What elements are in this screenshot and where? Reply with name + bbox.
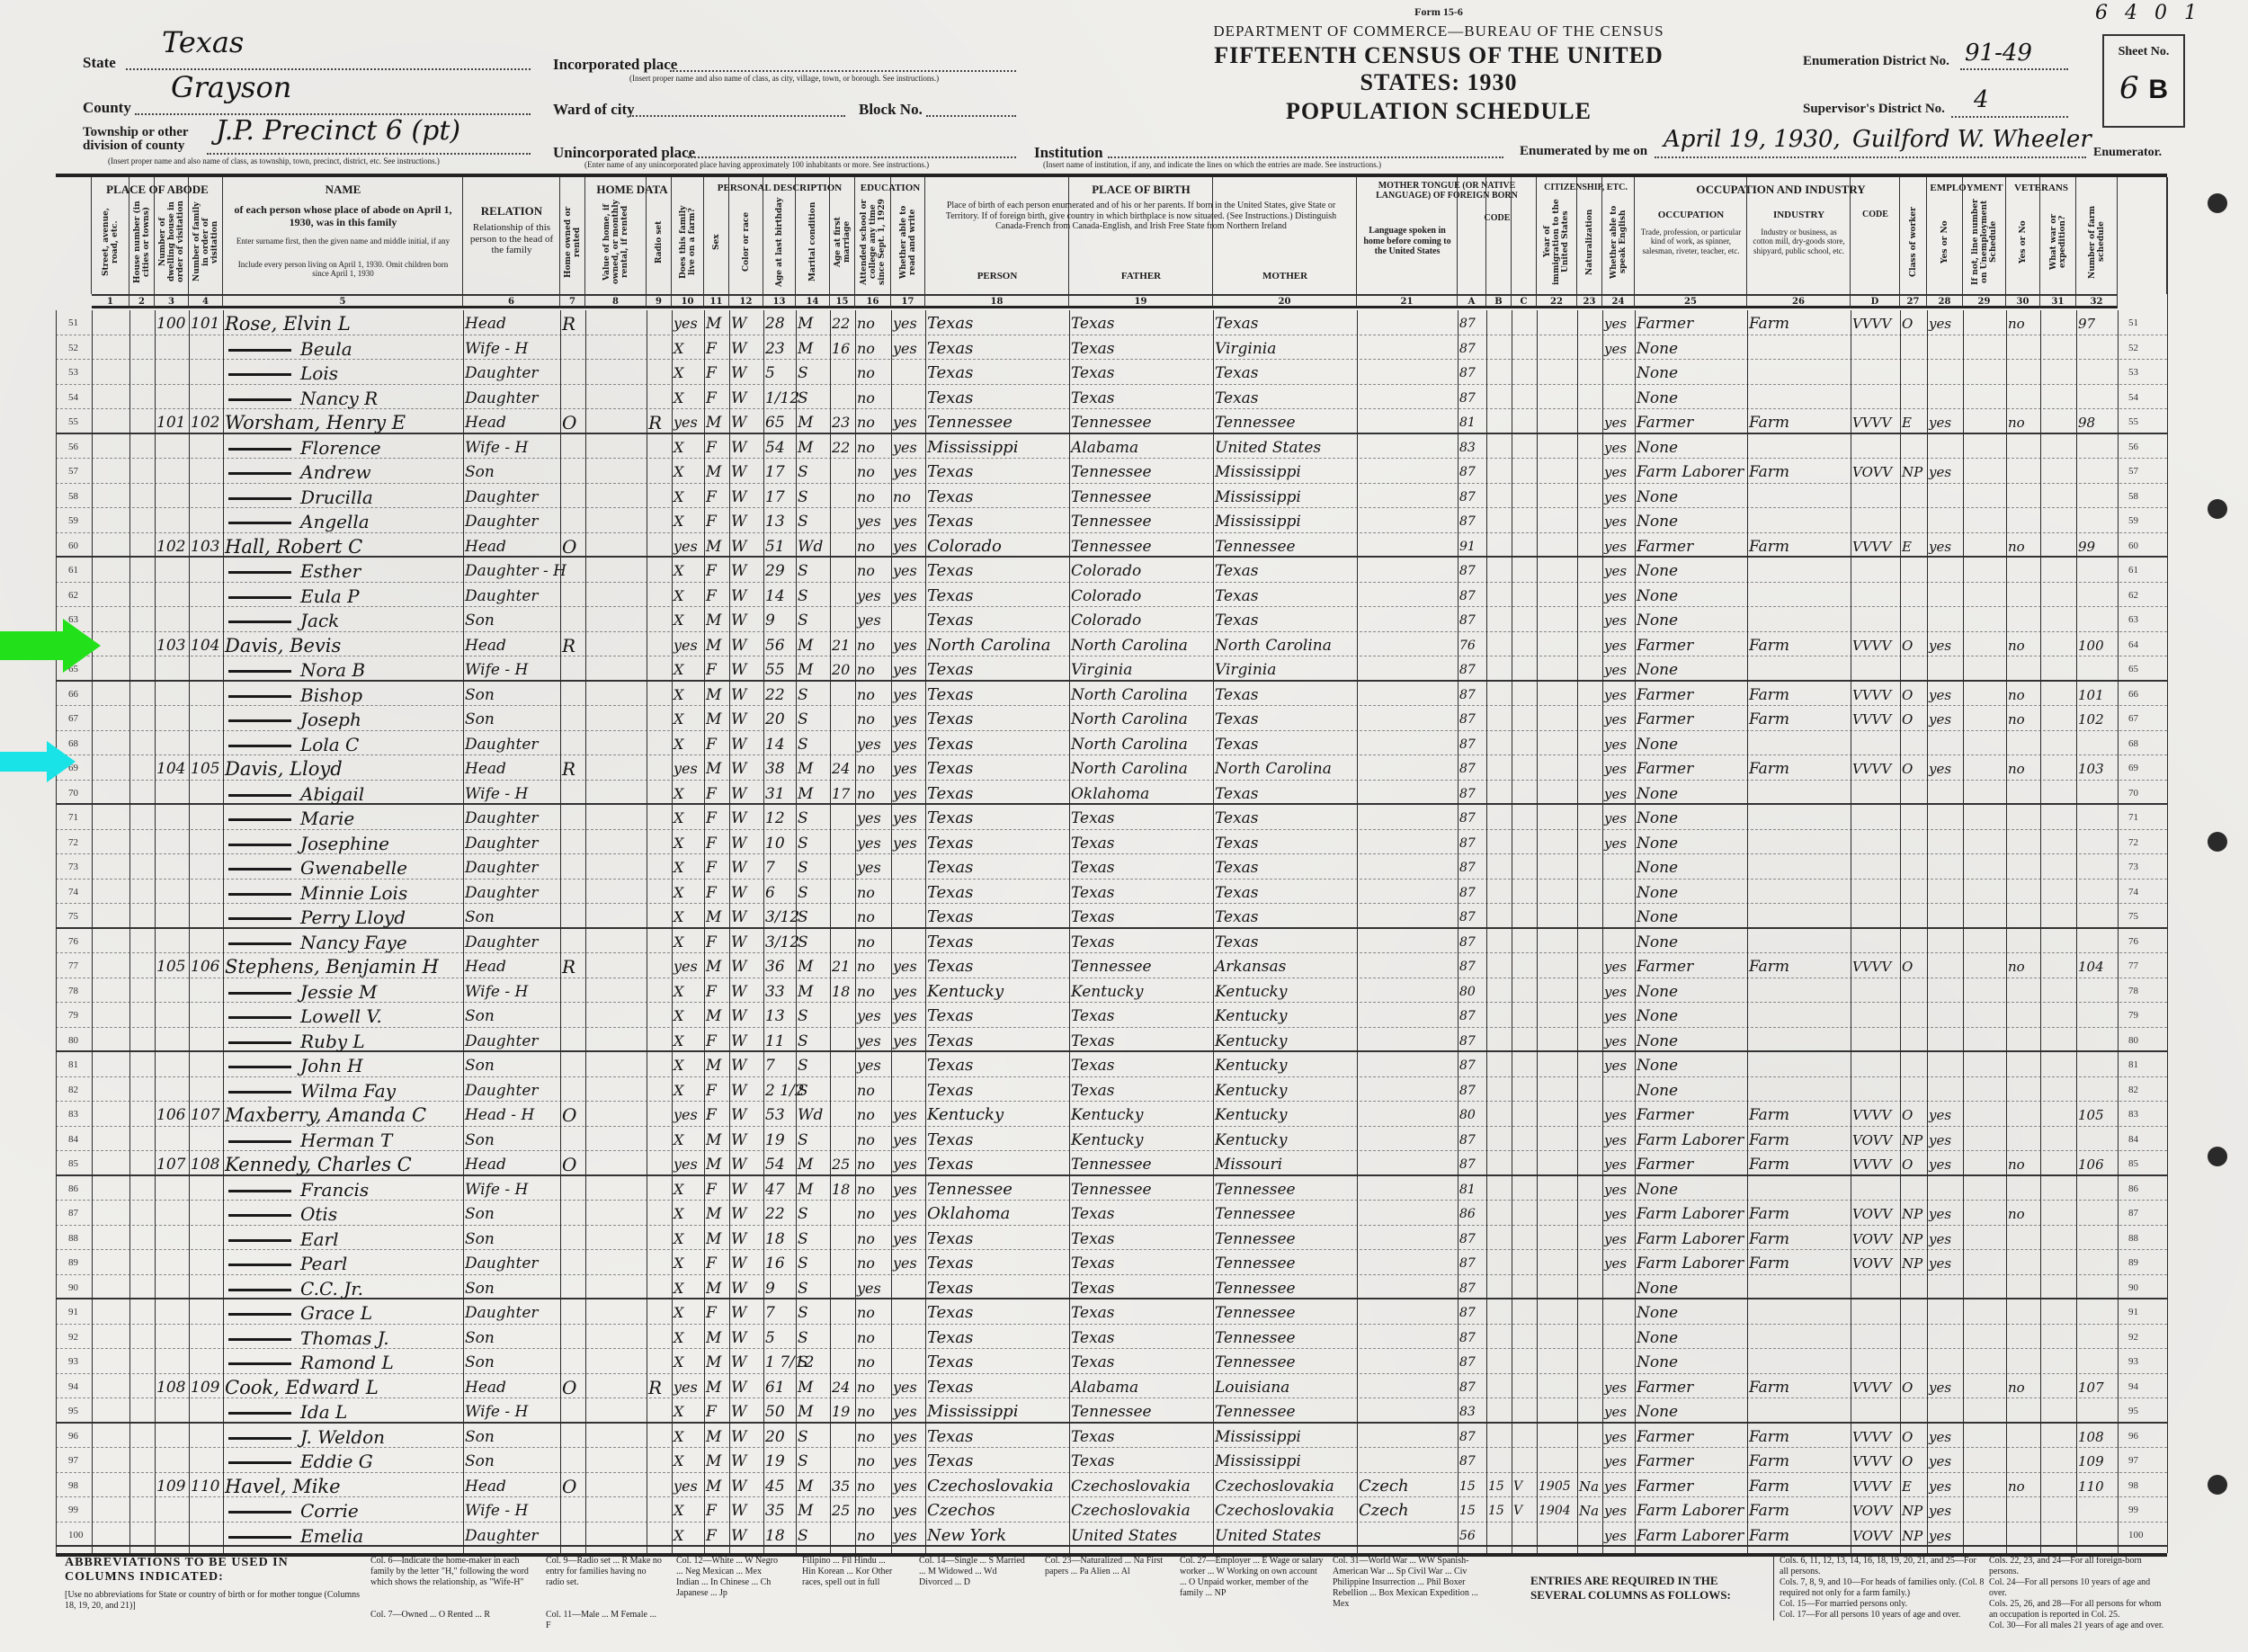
- group-personal-description: PERSONAL DESCRIPTION: [704, 183, 855, 193]
- cell-sex: F: [706, 781, 717, 806]
- cell-name: Joseph: [228, 706, 361, 731]
- surname-ditto-dash: [228, 621, 291, 623]
- cell-name: Havel, Mike: [225, 1473, 341, 1498]
- cell-codeA: 81: [1459, 1176, 1476, 1201]
- cell-sch: no: [857, 632, 875, 657]
- cell-occ: Farm Laborer: [1637, 1523, 1744, 1548]
- cell-sex: M: [706, 682, 721, 707]
- surname-ditto-dash: [228, 497, 291, 500]
- cell-sex: F: [706, 583, 717, 608]
- cell-mar: S: [798, 360, 808, 385]
- column-number: 29: [1963, 294, 2006, 308]
- cell-sch: no: [857, 755, 875, 781]
- industry-header: INDUSTRY: [1747, 210, 1851, 221]
- given-name: John H: [300, 1055, 363, 1076]
- cell-cls: NP: [1902, 1226, 1922, 1251]
- column-number: 7: [560, 294, 585, 308]
- incorporated-label: Incorporated place: [553, 56, 677, 74]
- column-divider: [891, 310, 892, 1553]
- column-number: 23: [1577, 294, 1602, 308]
- cell-age: 12: [765, 805, 785, 830]
- cell-read: yes: [893, 953, 917, 978]
- cell-fbp: Texas: [1071, 880, 1115, 905]
- cell-sex: F: [706, 484, 717, 509]
- cell-fbp: Kentucky: [1071, 1127, 1143, 1152]
- given-name: Drucilla: [300, 487, 373, 508]
- cell-sex: F: [706, 558, 717, 583]
- line-number-right: 78: [2128, 986, 2138, 996]
- cell-fbp: North Carolina: [1071, 632, 1188, 657]
- column-number: 30: [2006, 294, 2040, 308]
- cell-age: 11: [765, 1028, 785, 1053]
- cell-emp: yes: [1929, 459, 1951, 484]
- cell-sex: F: [706, 434, 717, 460]
- cell-vet: no: [2008, 310, 2025, 335]
- cell-occ: None: [1637, 731, 1678, 756]
- cell-fbp: Tennessee: [1071, 484, 1152, 509]
- cell-code: VOVV: [1852, 1201, 1892, 1226]
- cell-eng: yes: [1604, 1473, 1627, 1498]
- column-divider: [56, 310, 57, 1553]
- cell-bp: Tennessee: [927, 1176, 1012, 1201]
- cell-fam: 108: [191, 1151, 219, 1176]
- column-divider: [2006, 310, 2007, 1553]
- cell-rel: Wife - H: [465, 978, 528, 1004]
- cell-fam: 110: [191, 1473, 219, 1498]
- cell-code: VVVV: [1852, 409, 1891, 434]
- line-number: 97: [68, 1455, 78, 1466]
- cell-sch: no: [857, 1176, 875, 1201]
- cell-age: 53: [765, 1102, 785, 1127]
- cell-farm: X: [674, 607, 683, 632]
- cell-ind: Farm: [1749, 1473, 1789, 1498]
- cell-sch: no: [857, 459, 875, 484]
- line-number-right: 63: [2128, 614, 2138, 625]
- cell-sch: yes: [857, 830, 881, 855]
- cell-farmno: 109: [2078, 1448, 2104, 1473]
- cell-read: yes: [893, 409, 917, 434]
- cell-sex: F: [706, 830, 717, 855]
- cell-fbp: North Carolina: [1071, 706, 1188, 731]
- column-header-sch: Attended school or college any time sinc…: [855, 177, 891, 294]
- cell-age: 22: [765, 1201, 785, 1226]
- group-place-of-abode: PLACE OF ABODE: [92, 183, 223, 197]
- cell-bp: Texas: [927, 1325, 973, 1350]
- group-home-data: HOME DATA: [560, 183, 704, 197]
- cell-eng: yes: [1604, 533, 1627, 558]
- cell-farm: X: [674, 656, 683, 682]
- cell-race: W: [731, 459, 746, 484]
- given-name: Nora B: [300, 659, 365, 681]
- cell-race: W: [731, 583, 746, 608]
- cell-race: W: [731, 1374, 746, 1399]
- cell-name: Florence: [228, 434, 381, 460]
- surname-ditto-dash: [228, 893, 291, 896]
- cell-sex: M: [706, 1374, 721, 1399]
- cell-age: 33: [765, 978, 785, 1004]
- cell-mar: M: [798, 1176, 813, 1201]
- line-number-right: 74: [2128, 887, 2138, 897]
- population-table: Street, avenue, road, etc.1House number …: [56, 174, 2167, 1557]
- cell-fbp: North Carolina: [1071, 731, 1188, 756]
- cell-bp: Texas: [927, 1003, 973, 1028]
- cell-name: Herman T: [228, 1127, 392, 1152]
- cell-mbp: Kentucky: [1215, 1127, 1287, 1152]
- line-number-right: 52: [2128, 343, 2138, 353]
- cell-age: 19: [765, 1127, 785, 1152]
- cell-name: Abigail: [228, 781, 364, 806]
- cell-age: 3/12: [765, 904, 799, 929]
- cell-age: 16: [765, 1250, 785, 1275]
- abbrev-title: ABBREVIATIONS TO BE USED IN COLUMNS INDI…: [65, 1556, 361, 1585]
- cell-bp: Texas: [927, 1028, 973, 1053]
- cell-name: Josephine: [228, 830, 389, 855]
- cell-tongue: Czech: [1359, 1473, 1409, 1498]
- cell-rel: Daughter: [465, 1028, 539, 1053]
- cell-bp: Texas: [927, 583, 973, 608]
- cell-ind: Farm: [1749, 1127, 1789, 1152]
- column-number: 20: [1213, 294, 1357, 308]
- ed-value: 91-49: [1965, 40, 2032, 67]
- cell-mbp: Virginia: [1215, 656, 1276, 682]
- cell-mar: S: [798, 854, 808, 880]
- cell-agem: 25: [832, 1151, 850, 1176]
- cell-read: yes: [893, 434, 917, 460]
- cell-eng: yes: [1604, 953, 1627, 978]
- column-divider: [1602, 310, 1603, 1553]
- cell-occ: None: [1637, 1275, 1678, 1300]
- cell-name: Davis, Bevis: [225, 632, 341, 657]
- cell-race: W: [731, 1201, 746, 1226]
- cell-name: Pearl: [228, 1250, 347, 1275]
- cell-bp: Texas: [927, 310, 973, 335]
- cell-age: 17: [765, 484, 785, 509]
- column-header-nat: Naturalization: [1577, 177, 1602, 294]
- cell-occ: None: [1637, 1003, 1678, 1028]
- line-number-right: 82: [2128, 1085, 2138, 1095]
- cell-age: 54: [765, 1151, 785, 1176]
- surname-ditto-dash: [228, 448, 291, 451]
- cell-fbp: Colorado: [1071, 607, 1141, 632]
- cell-sch: no: [857, 409, 875, 434]
- cell-codeB: 15: [1488, 1473, 1504, 1498]
- block-line: [926, 115, 1016, 117]
- cell-mbp: Tennessee: [1215, 1398, 1296, 1424]
- cell-codeA: 87: [1459, 1127, 1476, 1152]
- cell-code: VVVV: [1852, 706, 1891, 731]
- cell-emp: yes: [1929, 1497, 1951, 1523]
- cell-bp: Texas: [927, 1077, 973, 1103]
- cell-emp: yes: [1929, 1127, 1951, 1152]
- cell-farm: X: [674, 1127, 683, 1152]
- cell-race: W: [731, 781, 746, 806]
- line-number: 86: [68, 1183, 78, 1194]
- cell-rel: Wife - H: [465, 1398, 528, 1424]
- cell-nat: Na: [1579, 1497, 1599, 1523]
- cell-bp: Texas: [927, 1424, 973, 1449]
- cell-mar: S: [798, 904, 808, 929]
- cell-farmno: 100: [2078, 632, 2104, 657]
- cell-rel: Wife - H: [465, 434, 528, 460]
- cell-race: W: [731, 409, 746, 434]
- cell-rel: Wife - H: [465, 335, 528, 361]
- cell-codeA: 81: [1459, 409, 1476, 434]
- cell-fam: 106: [191, 953, 219, 978]
- cell-bp: Texas: [927, 682, 973, 707]
- line-number: 71: [68, 812, 78, 823]
- line-number: 82: [68, 1085, 78, 1095]
- cell-mbp: Texas: [1215, 583, 1259, 608]
- cell-age: 23: [765, 335, 785, 361]
- cell-mar: S: [798, 682, 808, 707]
- cell-read: yes: [893, 1003, 917, 1028]
- cell-occ: None: [1637, 805, 1678, 830]
- cell-eng: yes: [1604, 434, 1627, 460]
- cell-race: W: [731, 682, 746, 707]
- cell-farm: X: [674, 929, 683, 954]
- cell-fbp: North Carolina: [1071, 755, 1188, 781]
- cell-rel: Wife - H: [465, 781, 528, 806]
- cell-agem: 24: [832, 755, 850, 781]
- cell-name: Earl: [228, 1226, 338, 1251]
- cell-mbp: Tennessee: [1215, 533, 1296, 558]
- surname-ditto-dash: [228, 1338, 291, 1341]
- cell-eng: yes: [1604, 1424, 1627, 1449]
- column-header-line: [56, 177, 92, 294]
- binder-hole: [2208, 1147, 2227, 1166]
- column-number: 5: [223, 294, 463, 308]
- line-number-right: 64: [2128, 639, 2138, 650]
- cell-sex: F: [706, 805, 717, 830]
- cell-bp: Texas: [927, 360, 973, 385]
- cell-name: Emelia: [228, 1523, 363, 1548]
- cell-cls: NP: [1902, 1497, 1922, 1523]
- cell-code: VVVV: [1852, 1424, 1891, 1449]
- cell-farm: X: [674, 360, 683, 385]
- cell-occ: Farm Laborer: [1637, 1127, 1744, 1152]
- cell-fbp: Texas: [1071, 310, 1115, 335]
- line-number: 57: [68, 466, 78, 477]
- cell-fbp: Texas: [1071, 1299, 1115, 1325]
- column-label: Whether able to speak English: [1610, 197, 1628, 287]
- column-divider: [2076, 310, 2077, 1553]
- cell-vet: no: [2008, 1201, 2025, 1226]
- cell-farm: yes: [674, 1374, 698, 1399]
- cell-rel: Son: [465, 1325, 495, 1350]
- cell-read: yes: [893, 830, 917, 855]
- cell-dw: 100: [156, 310, 185, 335]
- column-divider: [2040, 310, 2041, 1553]
- column-divider: [1963, 310, 1964, 1553]
- cell-fbp: Colorado: [1071, 583, 1141, 608]
- birth-mother-header: MOTHER: [1213, 271, 1357, 282]
- col14-note: Col. 14—Single ... S Married ... M Widow…: [919, 1556, 1027, 1588]
- group-citizenship: CITIZENSHIP, ETC.: [1537, 183, 1635, 192]
- cell-race: W: [731, 1077, 746, 1103]
- cell-farmno: 102: [2078, 706, 2104, 731]
- cell-code: VVVV: [1852, 632, 1891, 657]
- column-number: 1: [92, 294, 129, 308]
- cell-codeA: 87: [1459, 459, 1476, 484]
- column-divider: [560, 310, 561, 1553]
- cell-sch: yes: [857, 731, 881, 756]
- cell-dw: 105: [156, 953, 185, 978]
- cell-bp: Texas: [927, 1349, 973, 1374]
- cell-code: VOVV: [1852, 1250, 1892, 1275]
- supervisor-value: 4: [1974, 86, 1989, 113]
- cell-farmno: 106: [2078, 1151, 2104, 1176]
- cell-emp: yes: [1929, 1374, 1951, 1399]
- cell-codeA: 87: [1459, 385, 1476, 410]
- cell-rel: Head: [465, 755, 506, 781]
- cell-race: W: [731, 1102, 746, 1127]
- cell-mbp: Texas: [1215, 385, 1259, 410]
- given-name: Nancy Faye: [300, 932, 407, 953]
- cell-code: VVVV: [1852, 533, 1891, 558]
- cell-sex: M: [706, 1424, 721, 1449]
- column-divider: [1069, 310, 1070, 1553]
- cell-rel: Head: [465, 1473, 506, 1498]
- cell-sex: F: [706, 731, 717, 756]
- township-label: Township or other division of county: [83, 126, 209, 153]
- column-number: 32: [2076, 294, 2118, 308]
- group-veterans: VETERANS: [2006, 183, 2076, 193]
- sheet-label: Sheet No.: [2104, 45, 2183, 59]
- cell-radio: R: [648, 1374, 662, 1399]
- cell-sch: no: [857, 1473, 875, 1498]
- column-label: Number of family in order of visitation: [192, 197, 219, 287]
- given-name: Jessie M: [300, 981, 377, 1003]
- cell-farm: X: [674, 805, 683, 830]
- line-number: 93: [68, 1356, 78, 1367]
- line-number: 84: [68, 1134, 78, 1145]
- line-number: 56: [68, 442, 78, 452]
- column-divider: [2118, 310, 2119, 1553]
- line-number-right: 65: [2128, 664, 2138, 674]
- cell-fbp: Texas: [1071, 1003, 1115, 1028]
- cell-codeA: 87: [1459, 830, 1476, 855]
- cell-mar: S: [798, 1448, 808, 1473]
- birth-person-header: PERSON: [925, 271, 1069, 282]
- line-number: 66: [68, 689, 78, 700]
- cell-race: W: [731, 953, 746, 978]
- cell-read: yes: [893, 1473, 917, 1498]
- column-divider: [1635, 310, 1636, 1553]
- line-number: 55: [68, 416, 78, 427]
- cell-sch: yes: [857, 607, 881, 632]
- surname-ditto-dash: [228, 1362, 291, 1365]
- cell-read: yes: [893, 682, 917, 707]
- cell-mar: Wd: [798, 533, 823, 558]
- surname-ditto-dash: [228, 1239, 291, 1242]
- cell-fbp: Texas: [1071, 385, 1115, 410]
- surname-ditto-dash: [228, 818, 291, 821]
- line-number-right: 72: [2128, 837, 2138, 848]
- cell-vet: no: [2008, 632, 2025, 657]
- cell-bp: Texas: [927, 830, 973, 855]
- cell-mar: S: [798, 607, 808, 632]
- ward-label: Ward of city: [553, 101, 635, 119]
- line-number-right: 95: [2128, 1406, 2138, 1416]
- cell-read: yes: [893, 558, 917, 583]
- name-note-2: Include every person living on April 1, …: [232, 260, 454, 279]
- cell-farmno: 98: [2078, 409, 2095, 434]
- line-number-right: 90: [2128, 1282, 2138, 1293]
- group-occupation: OCCUPATION AND INDUSTRY: [1635, 183, 1927, 197]
- cell-code: VVVV: [1852, 1102, 1891, 1127]
- cell-mar: S: [798, 1523, 808, 1548]
- entries-3: Col. 15—For married persons only.: [1780, 1599, 1986, 1610]
- cell-code: VVVV: [1852, 953, 1891, 978]
- column-divider: [223, 310, 224, 1553]
- cell-fbp: Texas: [1071, 1226, 1115, 1251]
- cell-farm: X: [674, 706, 683, 731]
- cell-codeA: 91: [1459, 533, 1476, 558]
- binder-hole: [2208, 499, 2227, 519]
- cell-age: 6: [765, 880, 775, 905]
- cell-sex: M: [706, 1275, 721, 1300]
- state-value: Texas: [162, 25, 244, 59]
- line-number-right: 53: [2128, 367, 2138, 378]
- cell-age: 50: [765, 1398, 785, 1424]
- cell-rel: Daughter: [465, 583, 539, 608]
- cell-farm: X: [674, 1250, 683, 1275]
- cell-mbp: Texas: [1215, 706, 1259, 731]
- cell-dw: 101: [156, 409, 185, 434]
- cell-race: W: [731, 1028, 746, 1053]
- cell-race: W: [731, 434, 746, 460]
- cell-mbp: Louisiana: [1215, 1374, 1289, 1399]
- cell-name: Cook, Edward L: [225, 1374, 379, 1399]
- cell-mar: S: [798, 1325, 808, 1350]
- cell-eng: yes: [1604, 1102, 1627, 1127]
- industry-description: Industry or business, as cotton mill, dr…: [1751, 228, 1847, 255]
- cell-rel: Daughter - H: [465, 558, 566, 583]
- cell-farm: X: [674, 484, 683, 509]
- cell-eng: yes: [1604, 1497, 1627, 1523]
- cell-cls: O: [1902, 706, 1913, 731]
- cell-fam: 107: [191, 1102, 219, 1127]
- cell-rel: Son: [465, 1127, 495, 1152]
- cell-sex: F: [706, 1523, 717, 1548]
- line-number-right: 68: [2128, 738, 2138, 749]
- cell-bp: Mississippi: [927, 1398, 1018, 1424]
- cell-emp: yes: [1929, 1424, 1951, 1449]
- given-name: J. Weldon: [300, 1426, 385, 1448]
- line-number-right: 54: [2128, 392, 2138, 403]
- cell-read: yes: [893, 1151, 917, 1176]
- cell-mbp: Missouri: [1215, 1151, 1282, 1176]
- cell-bp: Texas: [927, 805, 973, 830]
- form-number: Form 15-6: [1169, 5, 1708, 19]
- cell-name: Lois: [228, 360, 338, 385]
- cell-rel: Head: [465, 953, 506, 978]
- cell-read: yes: [893, 1523, 917, 1548]
- cell-imm: 1905: [1539, 1473, 1571, 1498]
- green-arrow-icon: [0, 619, 103, 673]
- cell-age: 56: [765, 632, 785, 657]
- census-sheet: 6 4 0 1 State Texas County Grayson Towns…: [0, 0, 2248, 1652]
- cell-read: yes: [893, 1250, 917, 1275]
- cell-agem: 25: [832, 1497, 850, 1523]
- cell-mar: S: [798, 929, 808, 954]
- cell-codeA: 87: [1459, 558, 1476, 583]
- cell-sex: M: [706, 1226, 721, 1251]
- line-number: 60: [68, 540, 78, 551]
- column-label: Yes or No: [2019, 197, 2028, 287]
- cell-fam: 103: [191, 533, 219, 558]
- cell-age: 18: [765, 1523, 785, 1548]
